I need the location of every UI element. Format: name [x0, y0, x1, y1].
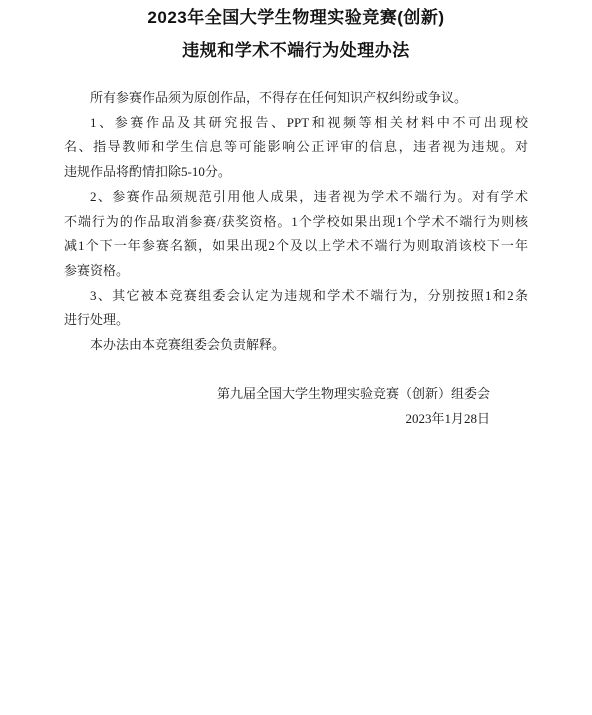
blank-line — [64, 358, 528, 383]
paragraph-line: 所有参赛作品须为原创作品，不得存在任何知识产权纠纷或争议。 — [64, 86, 528, 111]
document-page: 2023年全国大学生物理实验竞赛(创新)违规和学术不端行为处理办法 所有参赛作品… — [0, 0, 592, 715]
paragraph-line: 2、参赛作品须规范引用他人成果，违者视为学术不端行为。对有学术 — [64, 185, 528, 210]
document-title-line-2: 违规和学术不端行为处理办法 — [0, 34, 592, 67]
paragraph-line: 进行处理。 — [64, 308, 528, 333]
paragraph-line: 3、其它被本竞赛组委会认定为违规和学术不端行为，分别按照1和2条 — [64, 284, 528, 309]
date-line: 2023年1月28日 — [64, 407, 528, 432]
paragraph-line: 1、参赛作品及其研究报告、PPT和视频等相关材料中不可出现校 — [64, 111, 528, 136]
document-title: 2023年全国大学生物理实验竞赛(创新)违规和学术不端行为处理办法 — [0, 1, 592, 67]
paragraph-line: 减1个下一年参赛名额，如果出现2个及以上学术不端行为则取消该校下一年 — [64, 234, 528, 259]
paragraph-line: 本办法由本竞赛组委会负责解释。 — [64, 333, 528, 358]
paragraph-line: 参赛资格。 — [64, 259, 528, 284]
document-body: 所有参赛作品须为原创作品，不得存在任何知识产权纠纷或争议。1、参赛作品及其研究报… — [64, 86, 528, 432]
document-title-line-1: 2023年全国大学生物理实验竞赛(创新) — [0, 1, 592, 34]
paragraph-line: 违规作品将酌情扣除5-10分。 — [64, 160, 528, 185]
paragraphs: 所有参赛作品须为原创作品，不得存在任何知识产权纠纷或争议。1、参赛作品及其研究报… — [64, 86, 528, 358]
paragraph-line: 名、指导教师和学生信息等可能影响公正评审的信息，违者视为违规。对 — [64, 135, 528, 160]
paragraph-line: 不端行为的作品取消参赛/获奖资格。1个学校如果出现1个学术不端行为则核 — [64, 210, 528, 235]
signature-line: 第九届全国大学生物理实验竞赛（创新）组委会 — [64, 382, 528, 407]
